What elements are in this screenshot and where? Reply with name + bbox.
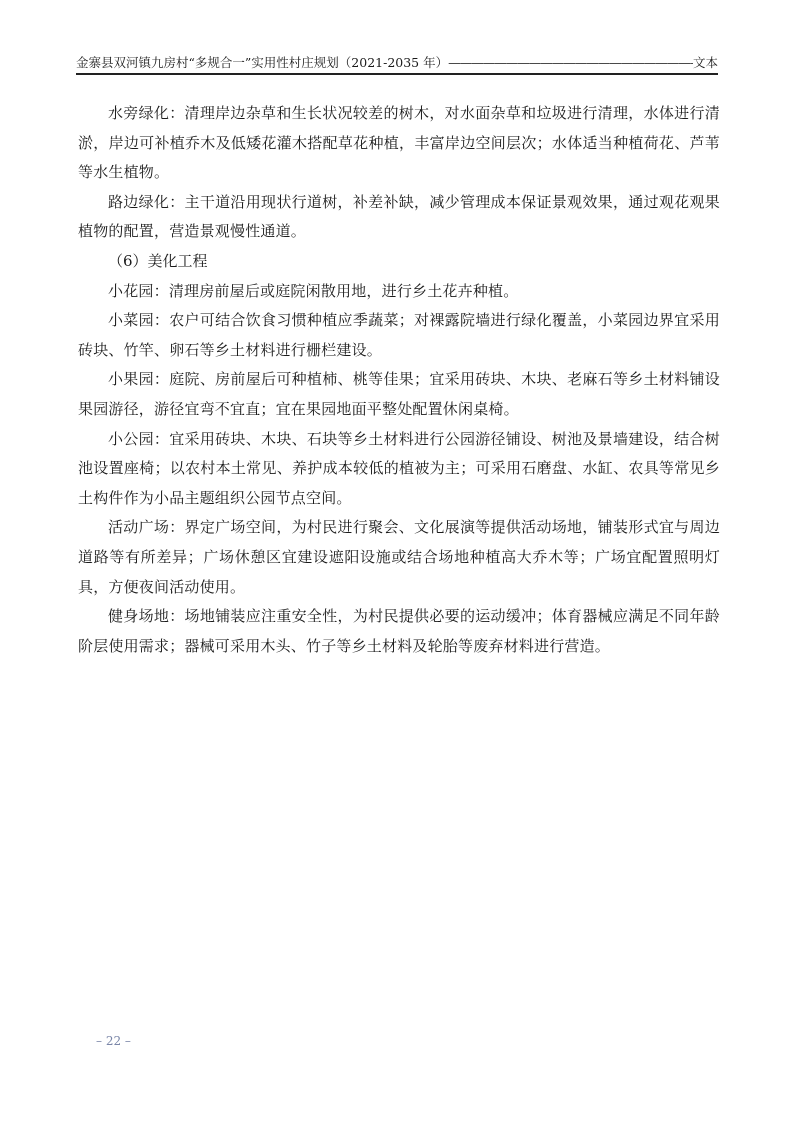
paragraph-lead: 小公园： <box>108 430 169 448</box>
header-rule-dashes: ————————————————————————————————————————… <box>448 54 693 73</box>
paragraph-lead: 活动广场： <box>108 518 185 536</box>
document-title: 金寨县双河镇九房村“多规合一”实用性村庄规划（2021-2035 年） <box>76 54 448 73</box>
paragraph-small-garden: 小花园：清理房前屋后或庭院闲散用地，进行乡土花卉种植。 <box>78 277 720 307</box>
paragraph-text: 庭院、房前屋后可种植柿、桃等佳果；宜采用砖块、木块、老麻石等乡土材料铺设果园游径… <box>78 370 720 418</box>
paragraph-text: 宜采用砖块、木块、石块等乡土材料进行公园游径铺设、树池及景墙建设，结合树池设置座… <box>78 430 720 507</box>
page-header: 金寨县双河镇九房村“多规合一”实用性村庄规划（2021-2035 年） ————… <box>76 54 718 75</box>
section-heading-beautification: （6）美化工程 <box>78 247 720 277</box>
document-type-label: 文本 <box>693 54 718 73</box>
paragraph-lead: 健身场地： <box>108 607 185 625</box>
paragraph-vegetable-garden: 小菜园：农户可结合饮食习惯种植应季蔬菜；对裸露院墙进行绿化覆盖，小菜园边界宜采用… <box>78 306 720 365</box>
paragraph-text: 农户可结合饮食习惯种植应季蔬菜；对裸露院墙进行绿化覆盖，小菜园边界宜采用砖块、竹… <box>78 311 720 359</box>
paragraph-lead: 小菜园： <box>108 311 169 329</box>
paragraph-activity-square: 活动广场：界定广场空间，为村民进行聚会、文化展演等提供活动场地，铺装形式宜与周边… <box>78 513 720 602</box>
page-number: – 22 – <box>96 1034 131 1048</box>
paragraph-lead: 路边绿化： <box>108 193 185 211</box>
paragraph-lead: 水旁绿化： <box>108 104 185 122</box>
paragraph-lead: 小花园： <box>108 282 169 300</box>
paragraph-orchard: 小果园：庭院、房前屋后可种植柿、桃等佳果；宜采用砖块、木块、老麻石等乡土材料铺设… <box>78 365 720 424</box>
section-heading-text: （6）美化工程 <box>108 252 208 270</box>
document-body: 水旁绿化：清理岸边杂草和生长状况较差的树木，对水面杂草和垃圾进行清理，水体进行清… <box>78 99 720 661</box>
paragraph-lead: 小果园： <box>108 370 169 388</box>
paragraph-roadside-greening: 路边绿化：主干道沿用现状行道树，补差补缺，减少管理成本保证景观效果，通过观花观果… <box>78 188 720 247</box>
paragraph-waterside-greening: 水旁绿化：清理岸边杂草和生长状况较差的树木，对水面杂草和垃圾进行清理，水体进行清… <box>78 99 720 188</box>
paragraph-text: 清理房前屋后或庭院闲散用地，进行乡土花卉种植。 <box>169 282 519 300</box>
paragraph-small-park: 小公园：宜采用砖块、木块、石块等乡土材料进行公园游径铺设、树池及景墙建设，结合树… <box>78 425 720 514</box>
paragraph-fitness-area: 健身场地：场地铺装应注重安全性，为村民提供必要的运动缓冲；体育器械应满足不同年龄… <box>78 602 720 661</box>
